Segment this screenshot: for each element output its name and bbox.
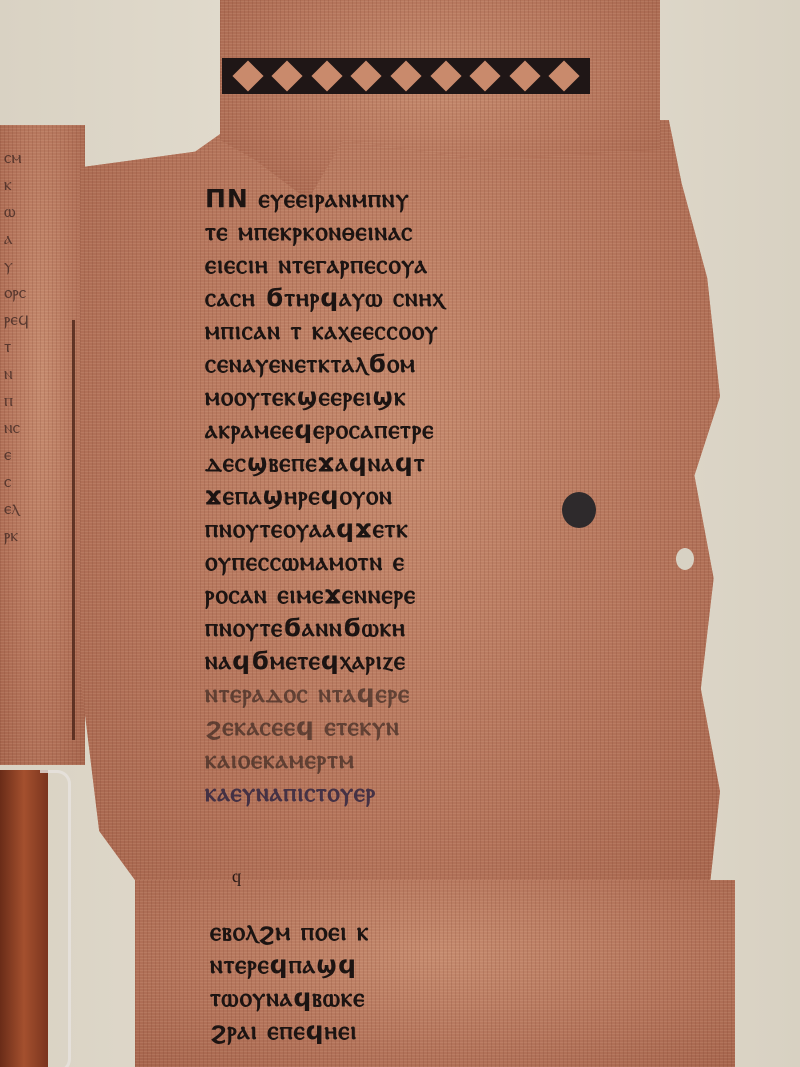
diamond-ornament	[430, 60, 461, 91]
fragment-line: ⲱ	[4, 199, 64, 226]
text-line: ⲟⲩⲡⲉⲥⲥⲱⲙⲁⲙⲟⲧⲛ ⲉ	[205, 545, 615, 578]
text-line: ⲉⲓⲉⲥⲓⲏ ⲛⲧⲉⲅⲁⲣⲡⲉⲥⲟⲩⲁ	[205, 248, 615, 281]
text-line: ϫⲉⲡⲁϣⲏⲣⲉϥⲟⲩⲟⲛ	[205, 479, 615, 512]
diamond-ornament	[232, 60, 263, 91]
text-line: ⲣⲟⲥⲁⲛ ⲉⲓⲙⲉϫⲉⲛⲛⲉⲣⲉ	[205, 578, 615, 611]
fragment-line: ⲁ	[4, 226, 64, 253]
papyrus-hole	[676, 548, 694, 570]
text-line: ⲇⲉⲥϣⲃⲉⲡⲉϫⲁϥⲛⲁϥⲧ	[205, 446, 615, 479]
fragment-line: ⲩ	[4, 253, 64, 280]
text-line: ⲛⲧⲉⲣⲉϥⲡⲁϣϥ	[210, 948, 550, 981]
diamond-ornament	[549, 60, 580, 91]
text-line: ϩⲉⲕⲁⲥⲉⲉϥ ⲉⲧⲉⲕⲩⲛ	[205, 710, 615, 743]
papyrus-hole	[562, 492, 596, 528]
diamond-ornament	[509, 60, 540, 91]
fragment-line: ⲟⲣⲥ	[4, 280, 64, 307]
text-line: ⲛⲁϥϭⲙⲉⲧⲉϥⲭⲁⲣⲓⲍⲉ	[205, 644, 615, 677]
left-column-text: ⲥⲙ ⲕ ⲱ ⲁ ⲩ ⲟⲣⲥ ⲣⲉϥ ⲧ ⲛ ⲡ ⲛⲥ ⲉ ⲥ ⲉⲗ ⲣⲕ	[4, 145, 64, 550]
fragment-line: ⲡ	[4, 388, 64, 415]
fragment-line: ⲣⲕ	[4, 523, 64, 550]
text-line: ΠΝ ⲉⲩⲉⲉⲓⲣⲁⲛⲙⲡⲛⲩ	[205, 182, 615, 215]
diamond-ornament	[272, 60, 303, 91]
fragment-line: ⲉ	[4, 442, 64, 469]
text-line: ⲕⲁⲉⲩⲛⲁⲡⲓⲥⲧⲟⲩⲉⲣ	[205, 776, 615, 809]
diamond-ornament	[351, 60, 382, 91]
fragment-line: ⲧ	[4, 334, 64, 361]
text-line: ⲉⲃⲟⲗϩⲙ ⲡⲟⲉⲓ ⲕ	[210, 915, 550, 948]
text-line: ⲙⲡⲓⲥⲁⲛ ⲧ ⲕⲁⲭⲉⲉⲥⲥⲟⲟⲩ	[205, 314, 615, 347]
fragment-line: ⲥⲙ	[4, 145, 64, 172]
text-line: ⲡⲛⲟⲩⲧⲉϭⲁⲛⲛϭⲱⲕⲏ	[205, 611, 615, 644]
text-line: ⲁⲕⲣⲁⲙⲉⲉϥⲉⲣⲟⲥⲁⲡⲉⲧⲣⲉ	[205, 413, 615, 446]
text-line: ⲛⲧⲉⲣⲁⲇⲟⲥ ⲛⲧⲁϥⲉⲣⲉ	[205, 677, 615, 710]
decorative-diamond-band	[222, 58, 590, 94]
fragment-line: ⲣⲉϥ	[4, 307, 64, 334]
diamond-ornament	[469, 60, 500, 91]
text-line: ⲥⲉⲛⲁⲩⲉⲛⲉⲧⲕⲧⲁⲗϭⲟⲙ	[205, 347, 615, 380]
text-line: ϩⲣⲁⲓ ⲉⲡⲉϥⲏⲉⲓ	[210, 1014, 550, 1047]
main-column-text: ΠΝ ⲉⲩⲉⲉⲓⲣⲁⲛⲙⲡⲛⲩ ⲧⲉ ⲙⲡⲉⲕⲣⲕⲟⲛⲑⲉⲓⲛⲁⲥ ⲉⲓⲉⲥⲓⲏ…	[205, 182, 615, 809]
fold-crease	[72, 320, 75, 740]
text-line: ⲧⲱⲟⲩⲛⲁϥⲃⲱⲕⲉ	[210, 981, 550, 1014]
fragment-line: ⲛⲥ	[4, 415, 64, 442]
fragment-line: ⲉⲗ	[4, 496, 64, 523]
text-line: ⲥⲁⲥⲏ ϭⲧⲏⲣϥⲁⲩⲱ ⲥⲛⲏⲭ	[205, 281, 615, 314]
text-line: ⲕⲁⲓⲟⲉⲕⲁⲙⲉⲣⲧⲙ	[205, 743, 615, 776]
section-mark: ϥ	[232, 870, 241, 891]
text-line: ⲧⲉ ⲙⲡⲉⲕⲣⲕⲟⲛⲑⲉⲓⲛⲁⲥ	[205, 215, 615, 248]
lower-column-text: ⲉⲃⲟⲗϩⲙ ⲡⲟⲉⲓ ⲕ ⲛⲧⲉⲣⲉϥⲡⲁϣϥ ⲧⲱⲟⲩⲛⲁϥⲃⲱⲕⲉ ϩⲣⲁ…	[210, 915, 550, 1047]
text-line: ⲙⲟⲟⲩⲧⲉⲕϣⲉⲉⲣⲉⲓϣⲕ	[205, 380, 615, 413]
fragment-line: ⲛ	[4, 361, 64, 388]
diamond-ornament	[390, 60, 421, 91]
fragment-line: ⲕ	[4, 172, 64, 199]
diamond-ornament	[311, 60, 342, 91]
text-line: ⲡⲛⲟⲩⲧⲉⲟⲩⲁⲁϥϫⲉⲧⲕ	[205, 512, 615, 545]
fragment-line: ⲥ	[4, 469, 64, 496]
mount-clip	[40, 770, 71, 1067]
